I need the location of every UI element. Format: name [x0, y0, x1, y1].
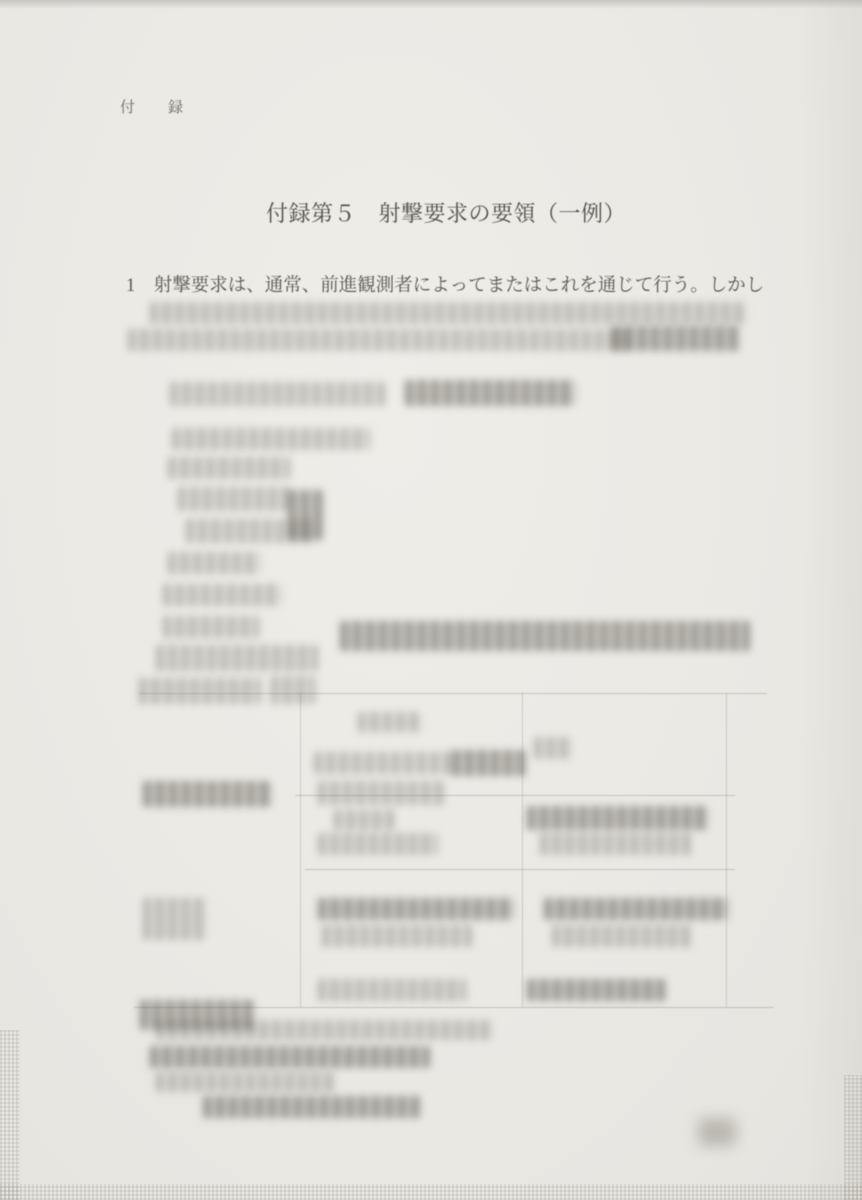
redacted-cell-blob [527, 806, 709, 830]
redacted-text-blob [271, 676, 315, 704]
paragraph-line-1: 1 射撃要求は、通常、前進観測者によってまたはこれを通じて行う。しかし [126, 271, 764, 297]
scan-top-shadow [0, 0, 862, 9]
redacted-cell-blob [322, 925, 472, 947]
running-head: 付 録 [120, 96, 192, 117]
redacted-text-blob [128, 329, 628, 351]
redacted-cell-blob [318, 979, 466, 1001]
redacted-text-blob [405, 380, 575, 406]
redacted-cell-blob [552, 925, 692, 947]
scan-noise-left [0, 1030, 20, 1200]
redacted-text-blob [168, 457, 290, 479]
redacted-cell-blob [452, 750, 526, 776]
redacted-text-blob [156, 1020, 493, 1040]
redacted-text-blob [170, 382, 385, 406]
redacted-text-blob [156, 645, 318, 671]
redacted-cell-blob [143, 781, 273, 807]
redacted-cell-blob [334, 810, 396, 830]
redacted-cell-blob [540, 833, 692, 855]
redacted-cell-blob [358, 712, 422, 732]
scan-right-shade [802, 0, 862, 1200]
page-title: 付録第５ 射撃要求の要領（一例） [266, 197, 626, 228]
redacted-cell-blob [318, 781, 446, 805]
redacted-cell-blob [318, 833, 438, 855]
table-rule-row2 [305, 869, 735, 870]
redacted-cell-blob [544, 898, 728, 920]
redacted-text-blob [150, 1046, 430, 1068]
redacted-text-blob [203, 1096, 421, 1118]
redacted-text-blob [172, 428, 370, 450]
table-rule-top [139, 693, 767, 694]
redacted-text-blob [178, 487, 290, 511]
redacted-cell-blob [143, 898, 207, 940]
table-rule-col-mid [522, 693, 523, 1007]
redacted-text-blob [163, 584, 281, 606]
table-rule-col-left [300, 693, 301, 1007]
redacted-cell-blob [318, 898, 514, 920]
redacted-text-blob [150, 302, 746, 324]
redacted-text-blob [340, 621, 750, 651]
redacted-cell-blob [527, 979, 665, 1001]
scan-noise-bottom [0, 1184, 862, 1200]
redacted-cell-blob [314, 752, 454, 774]
page-number-smudge [698, 1118, 736, 1146]
redacted-text-blob [139, 678, 261, 704]
redacted-text-blob [168, 552, 260, 574]
table-rule-col-right [726, 693, 727, 1007]
redacted-text-blob [612, 326, 740, 351]
redacted-text-blob [156, 1072, 336, 1092]
redacted-text-blob [186, 519, 316, 543]
redacted-text-blob [163, 616, 259, 638]
scan-noise-right [844, 1075, 862, 1200]
scanned-document-page: 付 録 付録第５ 射撃要求の要領（一例） 1 射撃要求は、通常、前進観測者によっ… [0, 0, 862, 1200]
redacted-cell-blob [534, 737, 572, 759]
